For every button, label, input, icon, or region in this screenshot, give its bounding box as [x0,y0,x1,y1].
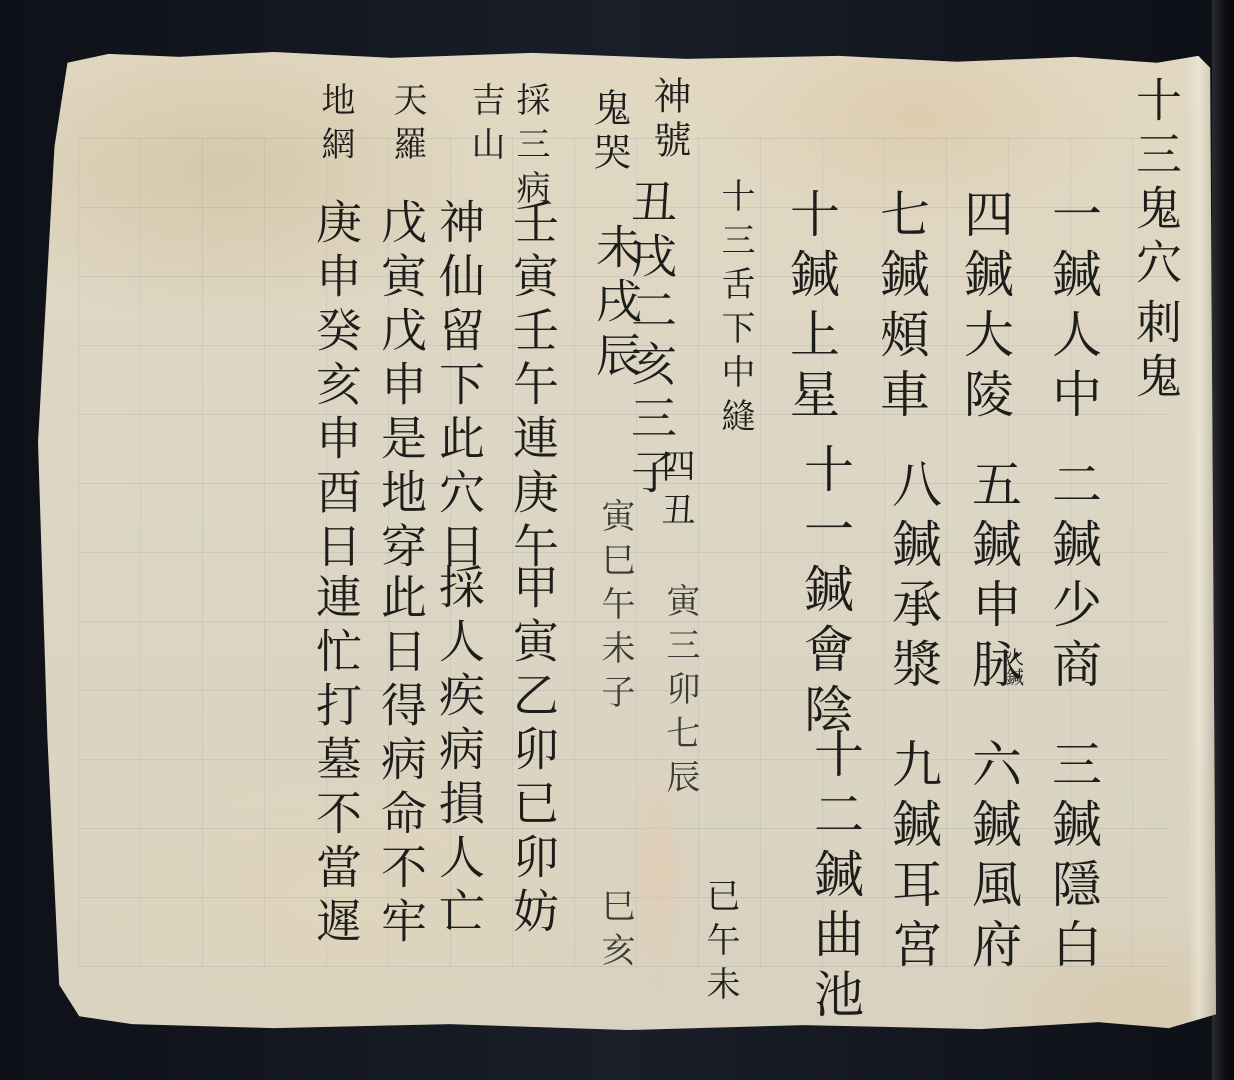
shenhao-column-f: 巳亥 [598,888,632,976]
lower-left-body-2: 採人疾病損人亡 [436,563,482,941]
needle-point-11: 十一鍼會陰 [800,443,850,743]
left-heading-4: 地網 [318,82,352,170]
guiku-heading: 鬼哭 [590,88,628,176]
shenhao-column-c: 寅三卯七辰 [663,583,697,803]
left-heading-2: 吉山 [468,82,502,170]
needle-point-3: 三鍼隱白 [1048,738,1098,978]
needle-point-2: 二鍼少商 [1048,458,1098,698]
needle-point-12: 十二鍼曲池 [810,728,860,1028]
needle-point-9: 九鍼耳宮 [888,738,938,978]
shenhao-heading: 神號 [650,76,688,164]
left-body-2: 神仙留下此穴日 [436,198,482,576]
needle-point-10: 十鍼上星 [786,188,836,428]
left-heading-1: 採三病 [513,82,547,214]
manuscript-page: 十三鬼穴 刺鬼 一鍼人中 四鍼大陵 七鍼頰車 十鍼上星 十三舌下中縫 二鍼少商 … [38,48,1216,1034]
page-subtitle: 刺鬼 [1133,298,1179,406]
left-body-3: 戊寅戊申是地穿 [378,198,424,576]
needle-point-6: 六鍼風府 [968,738,1018,978]
left-body-1: 壬寅壬午連庚午 [510,198,556,576]
needle-point-5-note: 火鍼 [1004,648,1022,688]
shenhao-column-right: 四丑 [658,448,692,536]
left-heading-3: 天羅 [390,82,424,170]
needle-point-4: 四鍼大陵 [960,188,1010,428]
page-title: 十三鬼穴 [1133,76,1179,292]
shenhao-column-e: 已午未 [703,878,737,1010]
shenhao-column-b: 未戌辰 [593,223,639,385]
needle-point-1: 一鍼人中 [1048,188,1098,428]
needle-point-7: 七鍼頰車 [876,188,926,428]
left-body-4: 庚申癸亥申酉日 [313,198,359,576]
needle-point-13: 十三舌下中縫 [718,178,752,442]
needle-point-8: 八鍼承漿 [888,458,938,698]
lower-left-body-1: 甲寅乙卯已卯妨 [510,563,556,941]
shenhao-column-d: 寅巳午未子 [598,498,632,718]
lower-left-body-3: 此日得病命不牢 [378,573,424,951]
lower-left-body-4: 連忙打墓不當遲 [313,573,359,951]
